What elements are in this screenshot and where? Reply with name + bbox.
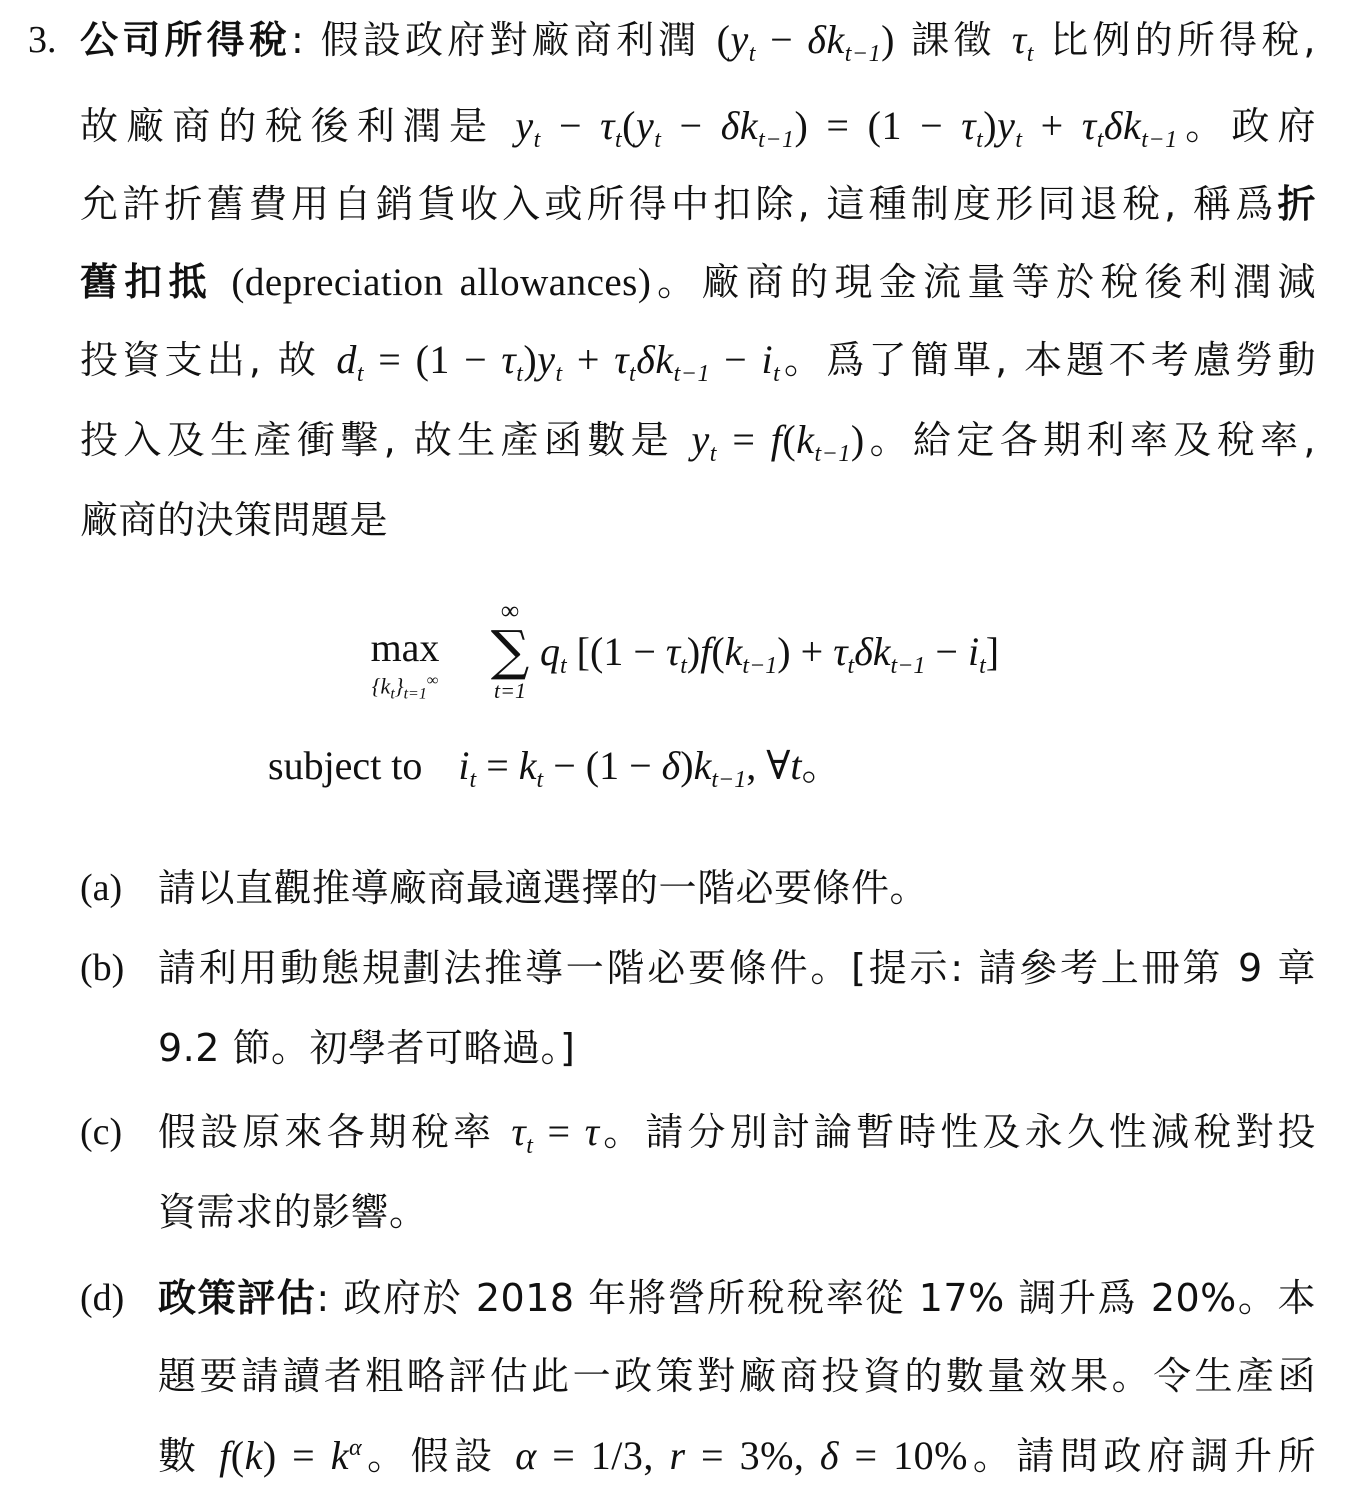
item-b-text-2: 9.2 節。初學者可略過。] xyxy=(158,1022,1316,1074)
sigma-symbol: ∑ xyxy=(485,624,535,678)
item-d-label: (d) xyxy=(80,1272,124,1324)
item-b-text-1: 請利用動態規劃法推導一階必要條件。[提示: 請參考上冊第 9 章 xyxy=(158,942,1316,994)
item-b-label: (b) xyxy=(80,942,124,994)
cash-flow-formula: dt = (1 − τt)yt + τtδkt−1 − it xyxy=(336,337,780,382)
item-a-label: (a) xyxy=(80,862,122,914)
problem-line-2: 故廠商的稅後利潤是 yt − τt(yt − δkt−1) = (1 − τt)… xyxy=(80,100,1316,152)
item-d-text-3: 數 f(k) = kα。假設 α = 1/3, r = 3%, δ = 10%。… xyxy=(158,1430,1316,1482)
summation-operator: ∞ ∑ t=1 xyxy=(485,598,535,704)
after-tax-profit-formula: yt − τt(yt − δkt−1) = (1 − τt)yt + τtδkt… xyxy=(515,103,1177,148)
problem-line-1: 公司所得稅: 假設政府對廠商利潤 (yt − δkt−1) 課徵 τt 比例的所… xyxy=(80,14,1316,66)
constraint-equation: subject toit = kt − (1 − δ)kt−1, ∀t。 xyxy=(268,740,841,792)
item-c-label: (c) xyxy=(80,1106,122,1158)
tax-rate-symbol: τt xyxy=(1012,17,1034,62)
item-c-text-2: 資需求的影響。 xyxy=(158,1186,1316,1238)
problem-title: 公司所得稅 xyxy=(80,18,291,62)
item-c-text-1: 假設原來各期稅率 τt = τ。請分別討論暫時性及永久性減稅對投 xyxy=(158,1106,1316,1158)
problem-line-4: 舊扣抵 (depreciation allowances)。廠商的現金流量等於稅… xyxy=(80,256,1316,309)
production-function: yt = f(kt−1) xyxy=(692,417,865,462)
max-operator: max {kt}t=1∞ xyxy=(355,628,455,704)
item-d-text-1: 政策評估: 政府於 2018 年將營所稅稅率從 17% 調升爲 20%。本 xyxy=(158,1272,1316,1324)
problem-line-5: 投資支出, 故 dt = (1 − τt)yt + τtδkt−1 − it。爲… xyxy=(80,334,1316,386)
document-page: 3. 公司所得稅: 假設政府對廠商利潤 (yt − δkt−1) 課徵 τt 比… xyxy=(0,0,1352,1512)
objective-equation: max {kt}t=1∞ ∞ ∑ t=1 qt [(1 − τt)f(kt−1)… xyxy=(355,598,1155,708)
english-term: (depreciation allowances) xyxy=(231,261,651,304)
problem-line-6: 投入及生產衝擊, 故生產函數是 yt = f(kt−1)。給定各期利率及稅率, xyxy=(80,414,1316,466)
profit-expression: (yt − δkt−1) xyxy=(717,17,895,62)
item-a-text: 請以直觀推導廠商最適選擇的一階必要條件。 xyxy=(158,862,1316,914)
objective-body: qt [(1 − τt)f(kt−1) + τtδkt−1 − it] xyxy=(540,626,999,678)
item-d-text-2: 題要請讀者粗略評估此一政策對廠商投資的數量效果。令生產函 xyxy=(158,1350,1316,1402)
problem-number: 3. xyxy=(28,14,57,66)
problem-line-7: 廠商的決策問題是 xyxy=(80,494,1316,546)
problem-line-3: 允許折舊費用自銷貨收入或所得中扣除, 這種制度形同退稅, 稱爲折 xyxy=(80,178,1316,230)
